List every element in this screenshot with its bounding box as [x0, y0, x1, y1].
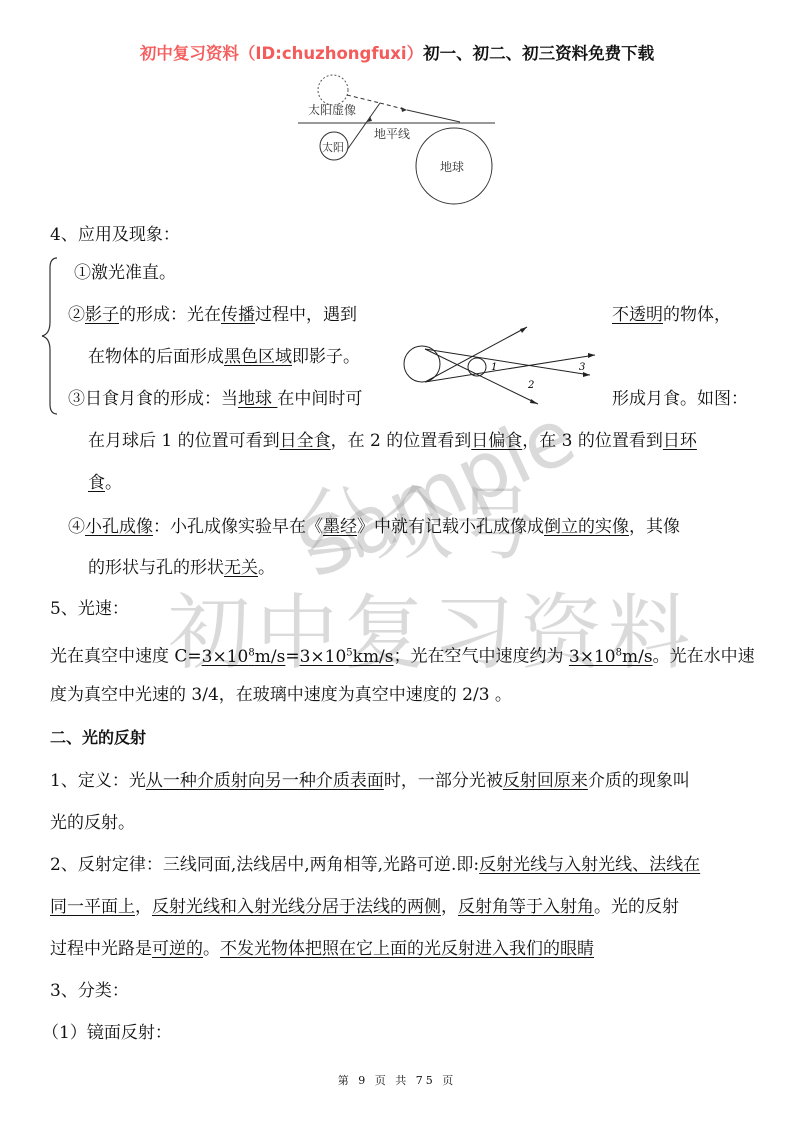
- term-shadow: 影子: [85, 305, 119, 325]
- header-source-id: 初中复习资料（ID:chuzhongfuxi）: [140, 44, 423, 63]
- speed-line1: 光在真空中速度 C=3×108m/s=3×105km/s；光在空气中速度约为 3…: [50, 642, 755, 668]
- term-annular-eclipse: 日环: [663, 431, 697, 451]
- reflection-law-line2: 同一平面上，反射光线和入射光线分居于法线的两侧，反射角等于入射角。光的反射: [50, 896, 679, 918]
- virtual-sun-label: 太阳虚像: [308, 102, 356, 117]
- reflection-definition: 1、定义：光从一种介质射向另一种介质表面时，一部分光被反射回原来介质的现象叫: [50, 770, 690, 792]
- section5-title: 5、光速：: [50, 598, 129, 620]
- item1-laser: ①激光准直。: [74, 262, 176, 284]
- item2-shadow: ②影子的形成：光在传播过程中，遇到: [68, 304, 357, 326]
- header-tagline: 初一、初二、初三资料免费下载: [423, 44, 654, 63]
- item3-eclipse-line2: 在月球后 1 的位置可看到日全食，在 2 的位置看到日偏食，在 3 的位置看到日…: [88, 430, 697, 452]
- item3-eclipse: ③日食月食的形成：当地球 在中间时可: [68, 388, 362, 410]
- page-number: 第 9 页 共 75 页: [0, 1072, 794, 1088]
- virtual-sun-circle: [318, 75, 348, 105]
- speed-vacuum-kms: 3×105km/s: [300, 647, 394, 667]
- eclipse-label-3: 3: [579, 362, 585, 373]
- speed-air: 3×108m/s: [569, 647, 653, 667]
- item2-shadow-cont: 不透明的物体，: [612, 304, 731, 326]
- eclipse-diagram: 1 2 3: [390, 300, 610, 410]
- watermark-sample: Sample: [285, 391, 588, 596]
- earth-label: 地球: [440, 159, 464, 174]
- item4-pinhole: ④小孔成像：小孔成像实验早在《墨经》中就有记载小孔成像成倒立的实像，其像: [68, 516, 680, 538]
- reflection-law-line3: 过程中光路是可逆的。不发光物体把照在它上面的光反射进入我们的眼睛: [50, 938, 594, 960]
- item3-eclipse-cont: 形成月食。如图：: [612, 388, 748, 410]
- section4-title: 4、应用及现象：: [50, 224, 180, 246]
- term-opaque: 不透明: [612, 305, 663, 325]
- term-dark-region: 黑色区域: [224, 347, 292, 367]
- curly-brace: [40, 256, 60, 416]
- item2-shadow-line2: 在物体的后面形成黑色区域即影子。: [88, 346, 360, 368]
- page-header: 初中复习资料（ID:chuzhongfuxi）初一、初二、初三资料免费下载: [0, 40, 794, 64]
- term-pinhole: 小孔成像: [85, 517, 153, 537]
- classification-title: 3、分类：: [50, 980, 129, 1002]
- sun-label: 太阳: [322, 140, 344, 154]
- term-inverted-real-image: 倒立的实像: [544, 517, 629, 537]
- item4-pinhole-line2: 的形状与孔的形状无关。: [88, 557, 275, 579]
- item3-eclipse-line3: 食。: [88, 472, 122, 494]
- term-unrelated: 无关: [224, 558, 258, 578]
- speed-vacuum-ms: 3×108m/s: [202, 647, 286, 667]
- term-mojing: 墨经: [323, 517, 357, 537]
- term-total-eclipse: 日全食: [280, 431, 331, 451]
- eclipse-label-1: 1: [491, 362, 497, 373]
- reflection-law: 2、反射定律：三线同面,法线居中,两角相等,光路可逆.即:反射光线与入射光线、法…: [50, 854, 700, 876]
- speed-line2: 度为真空中光速的 3/4，在玻璃中速度为真空中速度的 2/3 。: [50, 684, 512, 706]
- eclipse-label-2: 2: [527, 380, 534, 391]
- reflection-definition-line2: 光的反射。: [50, 812, 135, 834]
- section-heading-reflection: 二、光的反射: [50, 727, 146, 749]
- refraction-diagram: 太阳虚像 太阳 地平线 地球: [290, 70, 510, 210]
- horizon-label: 地平线: [374, 126, 410, 141]
- term-earth: 地球: [238, 389, 277, 409]
- term-propagation: 传播: [221, 305, 255, 325]
- term-partial-eclipse: 日偏食: [471, 431, 522, 451]
- classification-item1: （1）镜面反射：: [42, 1022, 172, 1044]
